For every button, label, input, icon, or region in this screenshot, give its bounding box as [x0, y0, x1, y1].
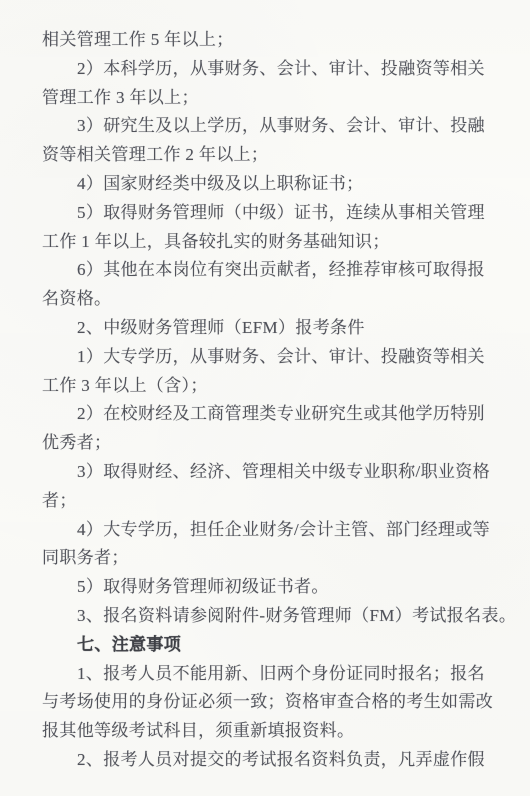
scanned-document-page: 相关管理工作 5 年以上；2）本科学历，从事财务、会计、审计、投融资等相关管理工… [0, 0, 530, 796]
document-line: 工作 3 年以上（含）； [42, 372, 494, 401]
document-line: 优秀者； [42, 429, 494, 458]
document-line: 2、报考人员对提交的考试报名资料负责，凡弄虚作假 [42, 746, 494, 775]
document-line: 名资格。 [42, 285, 494, 314]
document-line: 5）取得财务管理师（中级）证书，连续从事相关管理 [42, 199, 494, 228]
document-line: 报其他等级考试科目，须重新填报资料。 [42, 717, 494, 746]
document-line: 5）取得财务管理师初级证书者。 [42, 573, 494, 602]
document-line: 2）在校财经及工商管理类专业研究生或其他学历特别 [42, 400, 494, 429]
document-line: 管理工作 3 年以上； [42, 84, 494, 113]
document-line: 相关管理工作 5 年以上； [42, 26, 494, 55]
document-line: 2）本科学历，从事财务、会计、审计、投融资等相关 [42, 55, 494, 84]
document-line: 者； [42, 487, 494, 516]
document-line: 工作 1 年以上，具备较扎实的财务基础知识； [42, 228, 494, 257]
document-line: 与考场使用的身份证必须一致；资格审查合格的考生如需改 [42, 688, 494, 717]
document-line: 6）其他在本岗位有突出贡献者，经推荐审核可取得报 [42, 256, 494, 285]
document-line: 1、报考人员不能用新、旧两个身份证同时报名；报名 [42, 660, 494, 689]
document-line: 2、中级财务管理师（EFM）报考条件 [42, 314, 494, 343]
document-line: 4）国家财经类中级及以上职称证书； [42, 170, 494, 199]
document-line: 3）研究生及以上学历，从事财务、会计、审计、投融 [42, 112, 494, 141]
section-heading: 七、注意事项 [42, 631, 494, 660]
document-line: 资等相关管理工作 2 年以上； [42, 141, 494, 170]
document-line: 4）大专学历，担任企业财务/会计主管、部门经理或等 [42, 516, 494, 545]
document-line: 1）大专学历，从事财务、会计、审计、投融资等相关 [42, 343, 494, 372]
document-line: 3、报名资料请参阅附件-财务管理师（FM）考试报名表。 [42, 602, 494, 631]
document-line: 同职务者； [42, 544, 494, 573]
document-line: 3）取得财经、经济、管理相关中级专业职称/职业资格 [42, 458, 494, 487]
document-body: 相关管理工作 5 年以上；2）本科学历，从事财务、会计、审计、投融资等相关管理工… [42, 26, 494, 775]
